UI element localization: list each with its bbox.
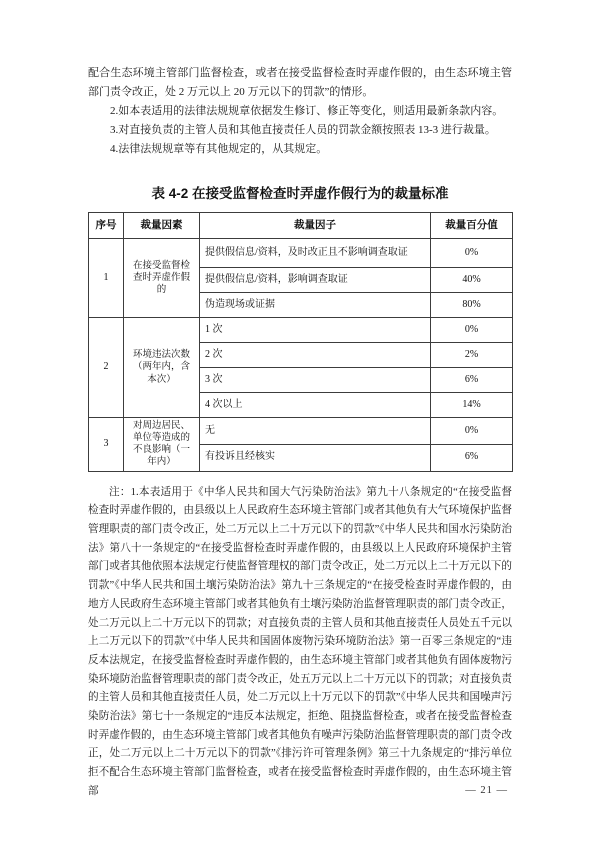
cell-criterion: 3 次 (200, 368, 431, 393)
table-header-row: 序号 裁量因素 裁量因子 裁量百分值 (89, 213, 513, 239)
cell-value: 2% (431, 343, 513, 368)
cell-value: 6% (431, 444, 513, 471)
document-page: 配合生态环境主管部门监督检查，或者在接受监督检查时弄虚作假的，由生态环境主管部门… (0, 0, 600, 848)
column-header-value: 裁量百分值 (431, 213, 513, 239)
table-row: 2 环境违法次数（两年内，含本次） 1 次 0% (89, 318, 513, 343)
cell-criterion: 有投诉且经核实 (200, 444, 431, 471)
numbered-item-2: 2.如本表适用的法律法规规章依据发生修订、修正等变化，则适用最新条款内容。 (88, 102, 512, 121)
numbered-item-3: 3.对直接负责的主管人员和其他直接责任人员的罚款金额按照表 13-3 进行裁量。 (88, 121, 512, 140)
cell-criterion: 伪造现场或证据 (200, 293, 431, 318)
penalty-standards-table: 序号 裁量因素 裁量因子 裁量百分值 1 在接受监督检查时弄虚作假的 提供假信息… (88, 212, 513, 472)
cell-factor: 在接受监督检查时弄虚作假的 (124, 239, 200, 318)
column-header-criterion: 裁量因子 (200, 213, 431, 239)
page-content: 配合生态环境主管部门监督检查，或者在接受监督检查时弄虚作假的，由生态环境主管部门… (88, 64, 512, 812)
cell-value: 40% (431, 268, 513, 293)
cell-criterion: 1 次 (200, 318, 431, 343)
cell-criterion: 2 次 (200, 343, 431, 368)
cell-value: 80% (431, 293, 513, 318)
table-row: 1 在接受监督检查时弄虚作假的 提供假信息/资料，及时改正且不影响调查取证 0% (89, 239, 513, 268)
page-number: — 21 — (465, 785, 508, 796)
cell-value: 6% (431, 368, 513, 393)
cell-criterion: 4 次以上 (200, 393, 431, 418)
cell-factor: 对周边居民、单位等造成的不良影响（一年内） (124, 418, 200, 472)
cell-value: 0% (431, 318, 513, 343)
column-header-index: 序号 (89, 213, 124, 239)
cell-criterion: 提供假信息/资料，影响调查取证 (200, 268, 431, 293)
cell-index: 1 (89, 239, 124, 318)
table-note: 注：1.本表适用于《中华人民共和国大气污染防治法》第九十八条规定的“在接受监督检… (88, 484, 512, 802)
cell-value: 0% (431, 418, 513, 445)
cell-value: 14% (431, 393, 513, 418)
cell-index: 2 (89, 318, 124, 418)
cell-value: 0% (431, 239, 513, 268)
column-header-factor: 裁量因素 (124, 213, 200, 239)
cell-criterion: 无 (200, 418, 431, 445)
body-paragraph: 配合生态环境主管部门监督检查，或者在接受监督检查时弄虚作假的，由生态环境主管部门… (88, 64, 512, 102)
table-row: 3 对周边居民、单位等造成的不良影响（一年内） 无 0% (89, 418, 513, 445)
cell-factor: 环境违法次数（两年内，含本次） (124, 318, 200, 418)
cell-criterion: 提供假信息/资料，及时改正且不影响调查取证 (200, 239, 431, 268)
cell-index: 3 (89, 418, 124, 472)
table-title: 表 4-2 在接受监督检查时弄虚作假行为的裁量标准 (88, 185, 512, 203)
numbered-item-4: 4.法律法规规章等有其他规定的，从其规定。 (88, 140, 512, 159)
